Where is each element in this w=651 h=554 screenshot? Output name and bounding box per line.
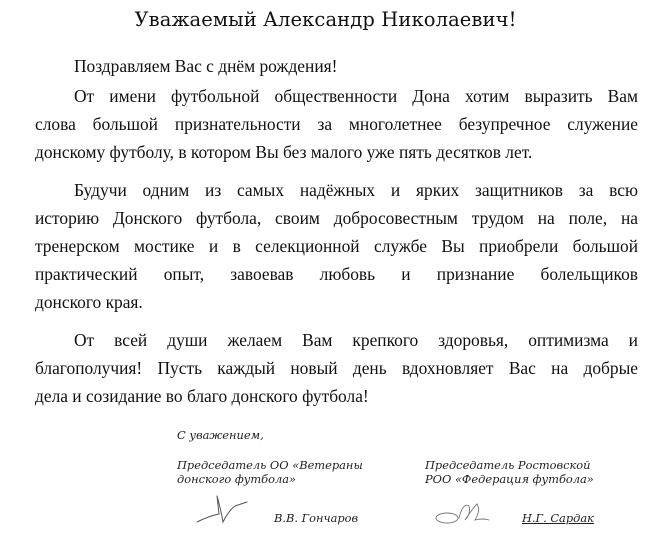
closing-text: С уважением, — [177, 428, 264, 442]
paragraph-line: тренерском мостике и в селекционной служ… — [35, 236, 638, 257]
paragraph-line: слова большой признательности за многоле… — [35, 114, 638, 135]
greeting-line: Поздравляем Вас с днём рождения! — [74, 56, 337, 77]
paragraph-line: историю Донского футбола, своим добросов… — [35, 208, 638, 229]
signatory-title: РОО «Федерация футбола» — [425, 472, 594, 486]
signatory-name: В.В. Гончаров — [274, 511, 358, 525]
paragraph-line: практический опыт, завоевав любовь и при… — [35, 264, 638, 285]
paragraph-line: От всей души желаем Вам крепкого здоровь… — [74, 330, 638, 351]
signatory-title: донского футбола» — [177, 472, 296, 486]
paragraph-line: благополучия! Пусть каждый новый день вд… — [35, 358, 638, 379]
signatory-title: Председатель ОО «Ветераны — [177, 458, 363, 472]
signature-mark-sardak — [433, 498, 493, 528]
paragraph-line: От имени футбольной общественности Дона … — [74, 86, 638, 107]
signatory-title: Председатель Ростовской — [425, 458, 591, 472]
paragraph-line: дела и созидание во благо донского футбо… — [35, 386, 369, 407]
signatory-name: Н.Г. Сардак — [522, 511, 594, 525]
salutation-heading: Уважаемый Александр Николаевич! — [0, 8, 651, 31]
paragraph-line: донскому футболу, в котором Вы без малог… — [35, 142, 532, 163]
letter-page: Уважаемый Александр Николаевич! Поздравл… — [0, 0, 651, 554]
paragraph-line: донского края. — [35, 292, 143, 313]
paragraph-line: Будучи одним из самых надёжных и ярких з… — [74, 180, 638, 201]
signature-mark-goncharov — [195, 492, 255, 526]
